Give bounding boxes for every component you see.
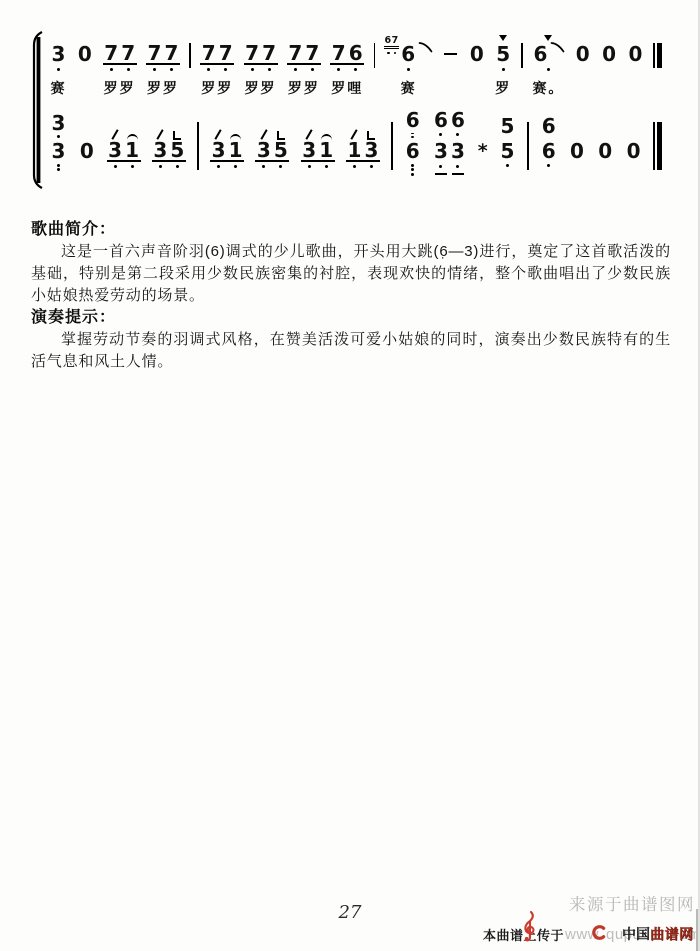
note-digit: 5 xyxy=(499,141,516,162)
note-cell: 0 xyxy=(625,110,642,172)
accent-icon xyxy=(499,35,507,41)
octave-dot xyxy=(337,68,340,71)
octave-dot xyxy=(387,52,389,54)
grace-notes: 67 xyxy=(384,36,398,54)
note-digit: 1 xyxy=(318,140,335,161)
octave-dot xyxy=(353,165,356,168)
octave-dot xyxy=(456,165,459,168)
note-digit: 7 xyxy=(103,43,120,64)
note-pair: 77罗罗 xyxy=(146,30,180,98)
watermark-source-text: 来源于曲谱图网 xyxy=(483,896,695,915)
octave-dot xyxy=(547,68,550,71)
note-digit: 1 xyxy=(346,140,363,161)
note-digit: 6 xyxy=(540,116,557,137)
lyric: 赛 xyxy=(51,78,67,98)
note-cell: 0 xyxy=(78,110,95,172)
duration-dash xyxy=(442,30,459,98)
note-cell: 3赛 xyxy=(50,30,67,98)
note-pair: 35 xyxy=(255,110,289,172)
octave-dot xyxy=(176,165,179,168)
sheet-music-page: 3赛077罗罗77罗罗77罗罗77罗罗77罗罗76罗哩676赛05罗6赛。000… xyxy=(0,0,700,951)
octave-dot xyxy=(159,165,162,168)
note-cell: 0 xyxy=(76,30,93,98)
note-digit: 0 xyxy=(597,141,614,162)
note-digit: 3 xyxy=(301,140,318,161)
note-cell: 0 xyxy=(601,30,618,98)
section-body-performance: 掌握劳动节奏的羽调式风格，在赞美活泼可爱小姑娘的同时，演奏出少数民族特有的生活气… xyxy=(31,329,671,373)
slide-down-icon xyxy=(418,41,433,53)
watermark-logo-row: 本曲谱上传于 www qupu 中国 曲谱网 om xyxy=(483,916,695,948)
octave-dot xyxy=(411,164,414,167)
note-digit: 7 xyxy=(200,43,217,64)
chord-cell: 33 xyxy=(50,110,67,173)
note-digit: 3 xyxy=(255,140,272,161)
barline xyxy=(521,30,523,68)
note-digit: 6 xyxy=(347,43,364,64)
staff-accompaniment: 330313531353113666633*5566000 xyxy=(50,110,662,178)
note-cell: 5罗 xyxy=(495,30,512,98)
octave-dot xyxy=(394,52,396,54)
note-digit: 7 xyxy=(217,43,234,64)
octave-dot xyxy=(411,168,414,171)
note-digit: 7 xyxy=(163,43,180,64)
lyric: 罗 xyxy=(495,78,511,98)
final-barline xyxy=(653,30,662,68)
note-digit: 6 xyxy=(532,44,549,65)
note-pair: 77罗罗 xyxy=(200,30,234,98)
section-body-intro: 这是一首六声音阶羽(6)调式的少儿歌曲，开头用大跳(6̣—3)进行，奠定了这首歌… xyxy=(31,241,671,307)
lyric: 罗罗 xyxy=(245,78,277,98)
note-digit: 1 xyxy=(124,140,141,161)
chord-cell: 66 xyxy=(404,110,421,178)
chord-cell: 55 xyxy=(499,110,516,168)
note-digit: 0 xyxy=(468,44,485,65)
octave-dot xyxy=(370,165,373,168)
note-digit: 1 xyxy=(227,140,244,161)
note-digit: 5 xyxy=(169,140,186,161)
octave-dot xyxy=(268,68,271,71)
lyric: 罗罗 xyxy=(201,78,233,98)
octave-dot xyxy=(354,68,357,71)
note-digit: 6 xyxy=(404,141,421,162)
final-barline xyxy=(653,110,662,170)
octave-dot xyxy=(57,68,60,71)
note-digit: 7 xyxy=(304,43,321,64)
octave-dot xyxy=(262,165,265,168)
lyric: 罗哩 xyxy=(331,78,363,98)
note-digit: 3 xyxy=(107,140,124,161)
note-digit: 7 xyxy=(146,43,163,64)
note-pair: 77罗罗 xyxy=(103,30,137,98)
lyric: 赛 xyxy=(401,78,417,98)
octave-dot xyxy=(127,68,130,71)
note-digit: 7 xyxy=(330,43,347,64)
note-digit: 3 xyxy=(152,140,169,161)
note-cell: 0 xyxy=(627,30,644,98)
octave-dot xyxy=(217,165,220,168)
octave-dot xyxy=(279,165,282,168)
note-digit: 3 xyxy=(50,44,67,65)
note-digit: 6 xyxy=(449,110,466,131)
note-pair: 77罗罗 xyxy=(244,30,278,98)
logo-crescent-icon xyxy=(591,925,606,940)
barline xyxy=(527,110,529,170)
note-digit: 3 xyxy=(50,141,67,162)
octave-dot xyxy=(57,168,60,171)
lyric: 罗罗 xyxy=(104,78,136,98)
octave-dot xyxy=(294,68,297,71)
note-digit: 0 xyxy=(627,44,644,65)
note-digit: 5 xyxy=(495,44,512,65)
octave-dot xyxy=(110,68,113,71)
octave-dot xyxy=(57,164,60,167)
site-logo-text-black: 中国 xyxy=(622,924,650,944)
octave-dot xyxy=(411,173,414,176)
section-heading-intro: 歌曲简介： xyxy=(31,219,671,241)
note-digit: 3 xyxy=(432,141,449,162)
octave-dot xyxy=(411,133,414,135)
octave-dot xyxy=(439,133,442,136)
octave-dot xyxy=(411,136,414,138)
lyric: 罗罗 xyxy=(147,78,179,98)
note-cell: 0 xyxy=(568,110,585,172)
octave-dot xyxy=(207,68,210,71)
octave-dot xyxy=(308,165,311,168)
octave-dot xyxy=(57,135,60,138)
note-digit: 3 xyxy=(449,141,466,162)
note-digit: 6 xyxy=(432,110,449,131)
note-digit: 7 xyxy=(120,43,137,64)
note-digit: 7 xyxy=(261,43,278,64)
note-digit: 5 xyxy=(272,140,289,161)
chord-cell: 66 xyxy=(540,110,557,168)
note-digit: 0 xyxy=(601,44,618,65)
octave-dot xyxy=(502,68,505,71)
glissando-symbol: * xyxy=(478,110,488,162)
system-brace xyxy=(27,30,45,190)
note-pair: 31 xyxy=(210,110,244,172)
note-digit: 3 xyxy=(210,140,227,161)
note-digit: 6 xyxy=(404,110,421,131)
note-digit: 0 xyxy=(568,141,585,162)
lyric: 罗罗 xyxy=(288,78,320,98)
octave-dot xyxy=(547,164,550,167)
octave-dot xyxy=(251,68,254,71)
slide-down-icon xyxy=(550,41,565,53)
octave-dot xyxy=(407,68,410,71)
staff-melody: 3赛077罗罗77罗罗77罗罗77罗罗77罗罗76罗哩676赛05罗6赛。000 xyxy=(50,30,662,98)
lyric: 赛。 xyxy=(532,78,564,98)
beam xyxy=(432,173,466,175)
octave-dot xyxy=(153,68,156,71)
barline xyxy=(374,30,376,68)
chord-pair-cell: 6633 xyxy=(432,110,466,175)
site-logo-text-red: 曲谱网 xyxy=(650,924,694,944)
note-digit: 5 xyxy=(499,116,516,137)
notes-text-block: 歌曲简介： 这是一首六声音阶羽(6)调式的少儿歌曲，开头用大跳(6̣—3)进行，… xyxy=(31,219,671,373)
note-digit: 0 xyxy=(625,141,642,162)
note-cell: 6赛。 xyxy=(532,30,565,98)
octave-dot xyxy=(170,68,173,71)
note-cell: 0 xyxy=(597,110,614,172)
note-digit: 7 xyxy=(244,43,261,64)
note-digit: 3 xyxy=(50,113,67,134)
octave-dot xyxy=(456,133,459,136)
note-pair: 31 xyxy=(301,110,335,172)
octave-dot xyxy=(224,68,227,71)
note-pair: 13 xyxy=(346,110,380,172)
section-heading-performance: 演奏提示： xyxy=(31,307,671,329)
octave-dot xyxy=(325,165,328,168)
barline xyxy=(197,110,199,170)
note-pair: 35 xyxy=(152,110,186,172)
barline xyxy=(391,110,393,170)
watermark: 来源于曲谱图网 本曲谱上传于 www qupu 中国 曲谱网 om xyxy=(483,896,695,948)
note-digit: 0 xyxy=(78,141,95,162)
scan-edge-artifact xyxy=(696,909,698,951)
note-pair: 76罗哩 xyxy=(330,30,364,98)
octave-dot xyxy=(311,68,314,71)
octave-dot xyxy=(506,164,509,167)
note-digit: 7 xyxy=(287,43,304,64)
octave-dot xyxy=(114,165,117,168)
note-digit: 6 xyxy=(540,141,557,162)
note-pair: 77罗罗 xyxy=(287,30,321,98)
note-cell: 0 xyxy=(574,30,591,98)
note-digit: 0 xyxy=(574,44,591,65)
octave-dot xyxy=(131,165,134,168)
note-cell: 676赛 xyxy=(384,30,432,98)
octave-dot xyxy=(439,165,442,168)
note-digit: 6 xyxy=(400,44,417,65)
note-digit: 0 xyxy=(76,44,93,65)
octave-dot xyxy=(234,165,237,168)
note-pair: 31 xyxy=(107,110,141,172)
note-digit: 3 xyxy=(363,140,380,161)
barline xyxy=(189,30,191,68)
treble-clef-icon xyxy=(519,908,541,944)
note-cell: 0 xyxy=(468,30,485,98)
